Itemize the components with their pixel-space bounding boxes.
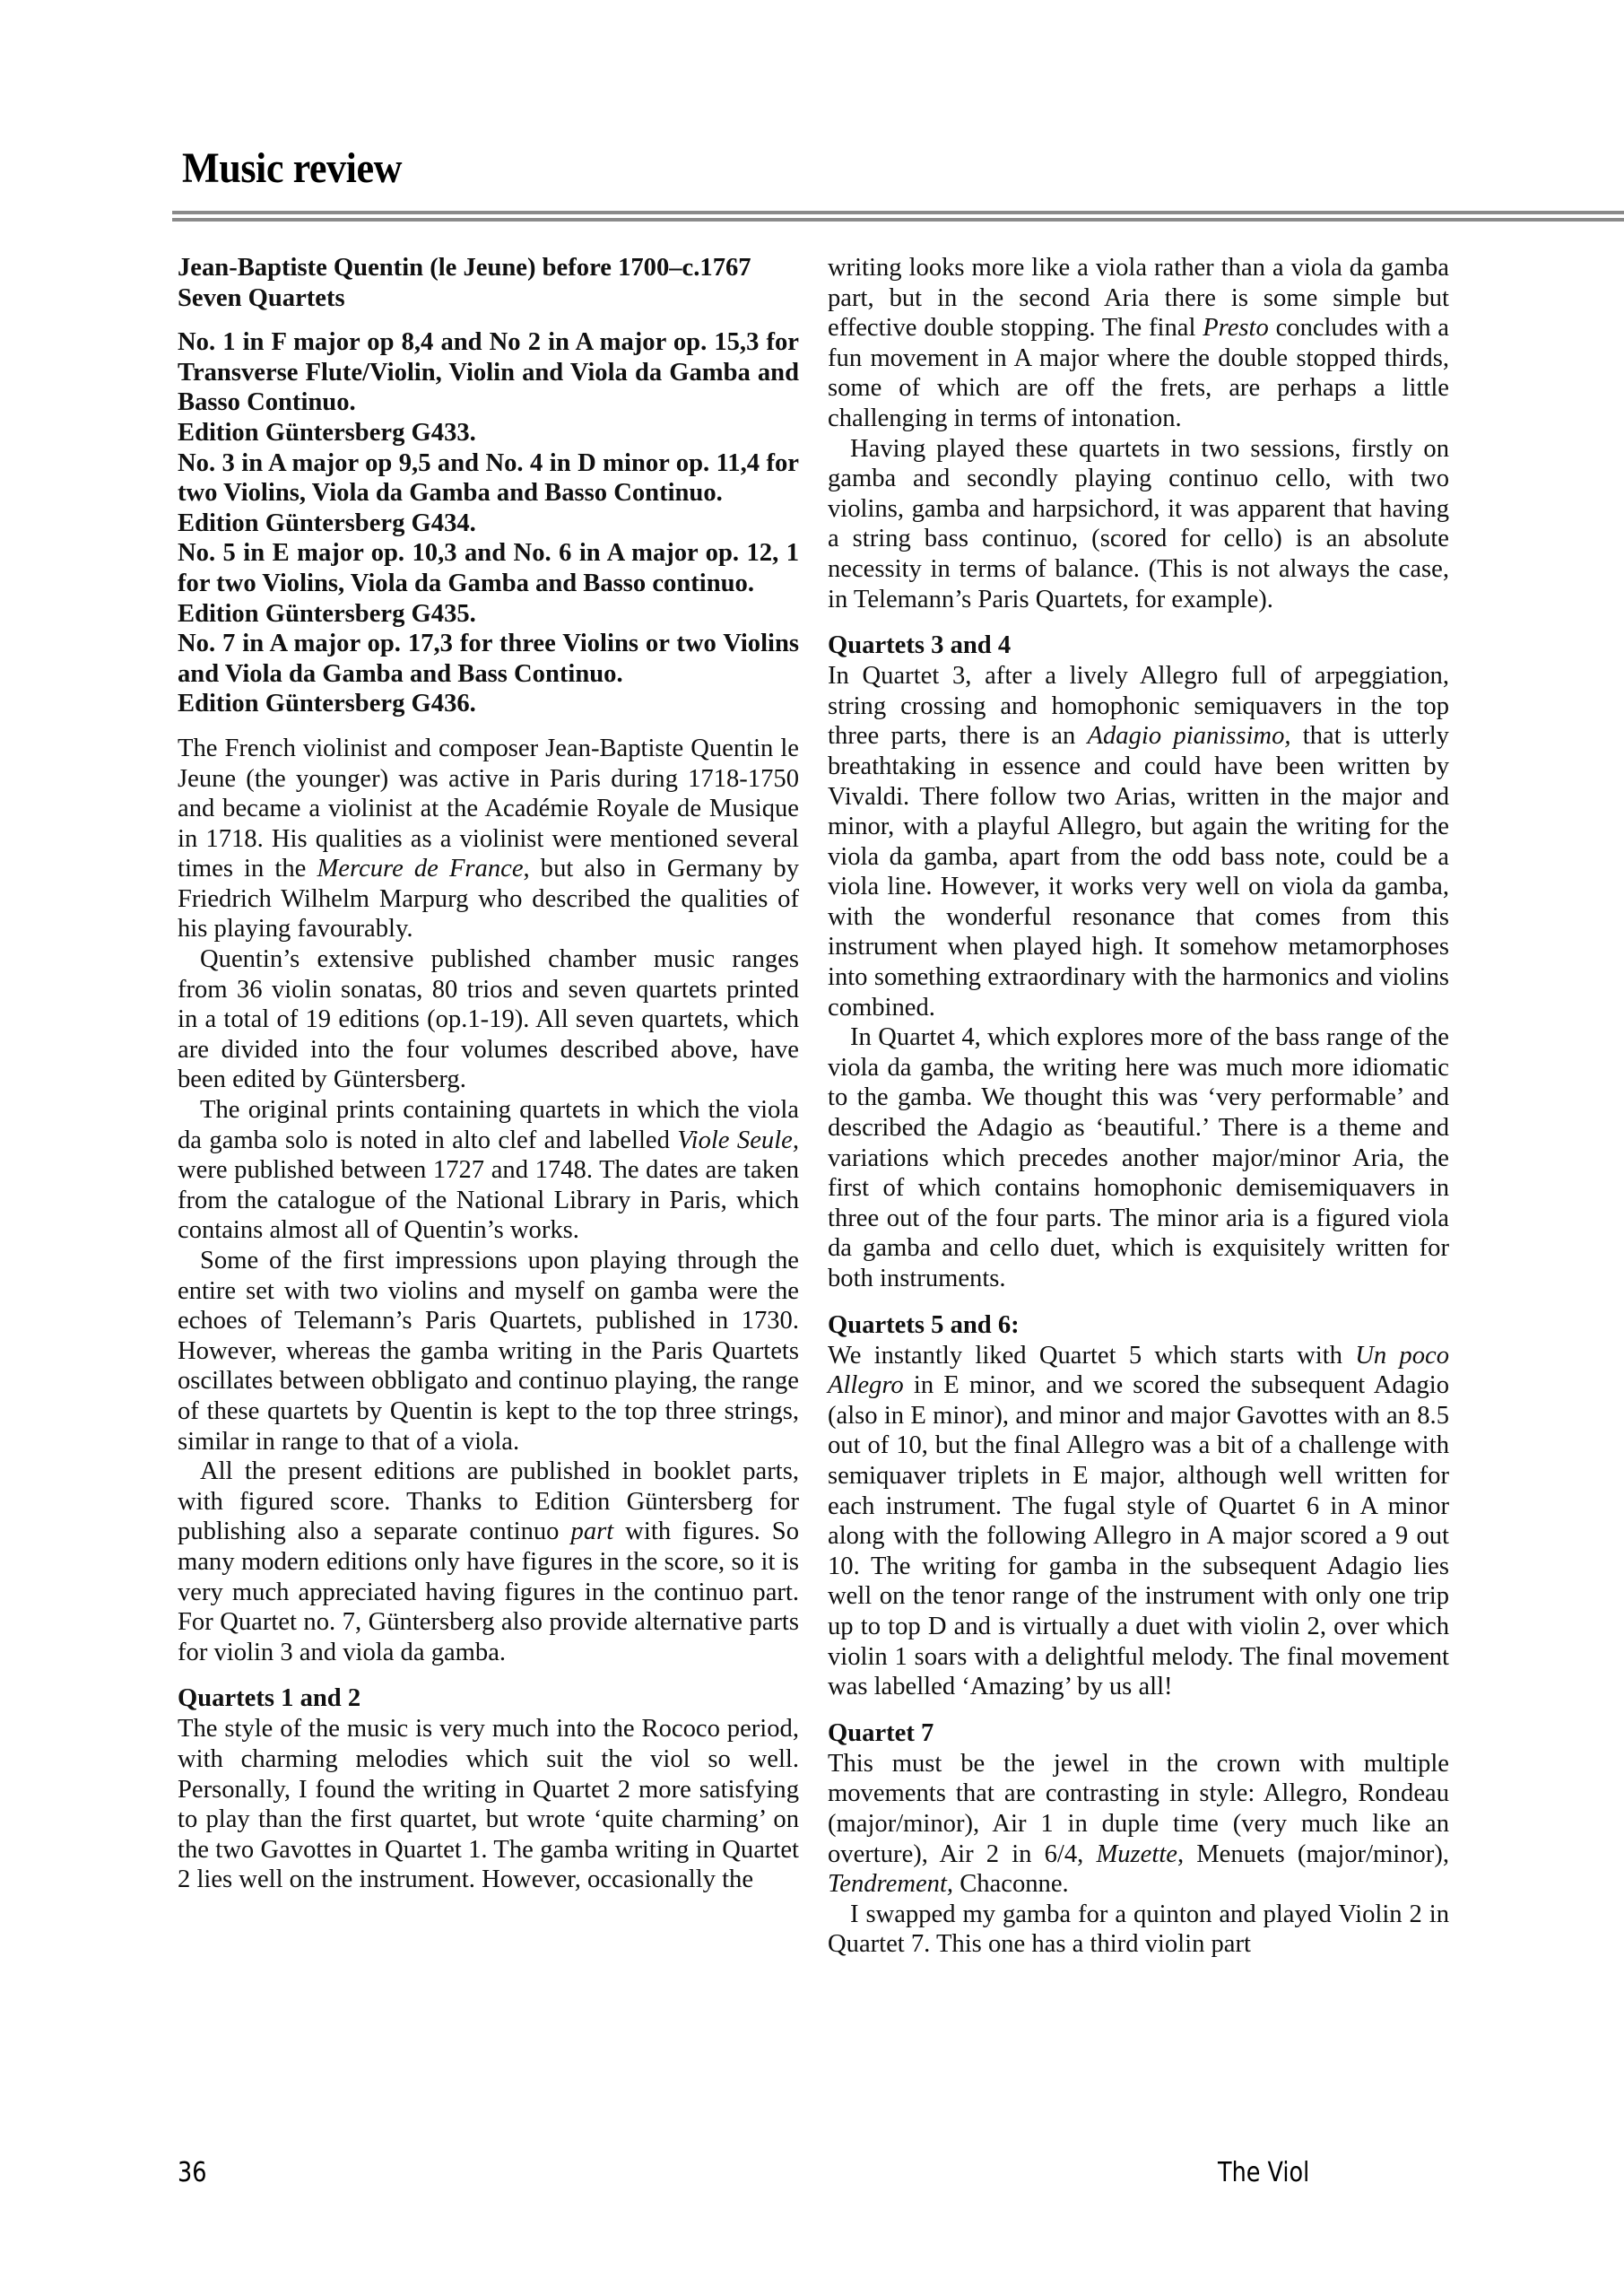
- edition-description: No. 3 in A major op 9,5 and No. 4 in D m…: [178, 448, 799, 509]
- intro-paragraph-5: All the present editions are published i…: [178, 1457, 799, 1667]
- intro-paragraph-1: The French violinist and composer Jean-B…: [178, 734, 799, 944]
- edition-description: No. 7 in A major op. 17,3 for three Viol…: [178, 629, 799, 689]
- spacer: [178, 1667, 799, 1683]
- intro-paragraph-2: Quentin’s extensive published chamber mu…: [178, 944, 799, 1095]
- spacer: [828, 1702, 1449, 1718]
- editions-list: No. 1 in F major op 8,4 and No 2 in A ma…: [178, 327, 799, 719]
- spacer: [828, 614, 1449, 631]
- edition-number: Edition Güntersberg G433.: [178, 418, 799, 448]
- quartet-7-paragraph-1: This must be the jewel in the crown with…: [828, 1749, 1449, 1900]
- page-title: Music review: [182, 143, 402, 193]
- spacer: [178, 313, 799, 327]
- section-heading-quartets-3-4: Quartets 3 and 4: [828, 631, 1449, 661]
- work-title: Seven Quartets: [178, 283, 799, 314]
- edition-description: No. 5 in E major op. 10,3 and No. 6 in A…: [178, 538, 799, 598]
- page-number: 36: [178, 2157, 206, 2188]
- edition-description: No. 1 in F major op 8,4 and No 2 in A ma…: [178, 327, 799, 418]
- quartets-5-6-paragraph: We instantly liked Quartet 5 which start…: [828, 1341, 1449, 1702]
- spacer: [828, 1294, 1449, 1310]
- left-column: Jean-Baptiste Quentin (le Jeune) before …: [178, 253, 799, 1895]
- edition-number: Edition Güntersberg G436.: [178, 689, 799, 719]
- right-column: writing looks more like a viola rather t…: [828, 253, 1449, 1960]
- quartets-3-4-paragraph-2: In Quartet 4, which explores more of the…: [828, 1022, 1449, 1293]
- quartets-1-2-paragraph: The style of the music is very much into…: [178, 1714, 799, 1895]
- section-heading-quartet-7: Quartet 7: [828, 1718, 1449, 1749]
- edition-number: Edition Güntersberg G434.: [178, 509, 799, 539]
- edition-number: Edition Güntersberg G435.: [178, 599, 799, 630]
- journal-name: The Viol: [1218, 2157, 1309, 2188]
- spacer: [178, 719, 799, 734]
- intro-paragraph-3: The original prints containing quartets …: [178, 1095, 799, 1246]
- intro-paragraph-4: Some of the first impressions upon playi…: [178, 1246, 799, 1457]
- review-heading: Jean-Baptiste Quentin (le Jeune) before …: [178, 253, 799, 313]
- header-rule-top: [172, 211, 1624, 214]
- quartets-3-4-paragraph-1: In Quartet 3, after a lively Allegro ful…: [828, 661, 1449, 1022]
- composer-line: Jean-Baptiste Quentin (le Jeune) before …: [178, 253, 799, 283]
- header-rule-bottom: [172, 218, 1624, 222]
- continuation-paragraph-2: Having played these quartets in two sess…: [828, 434, 1449, 615]
- section-heading-quartets-5-6: Quartets 5 and 6:: [828, 1310, 1449, 1341]
- quartet-7-paragraph-2: I swapped my gamba for a quinton and pla…: [828, 1900, 1449, 1960]
- section-heading-quartets-1-2: Quartets 1 and 2: [178, 1683, 799, 1714]
- continuation-paragraph-1: writing looks more like a viola rather t…: [828, 253, 1449, 434]
